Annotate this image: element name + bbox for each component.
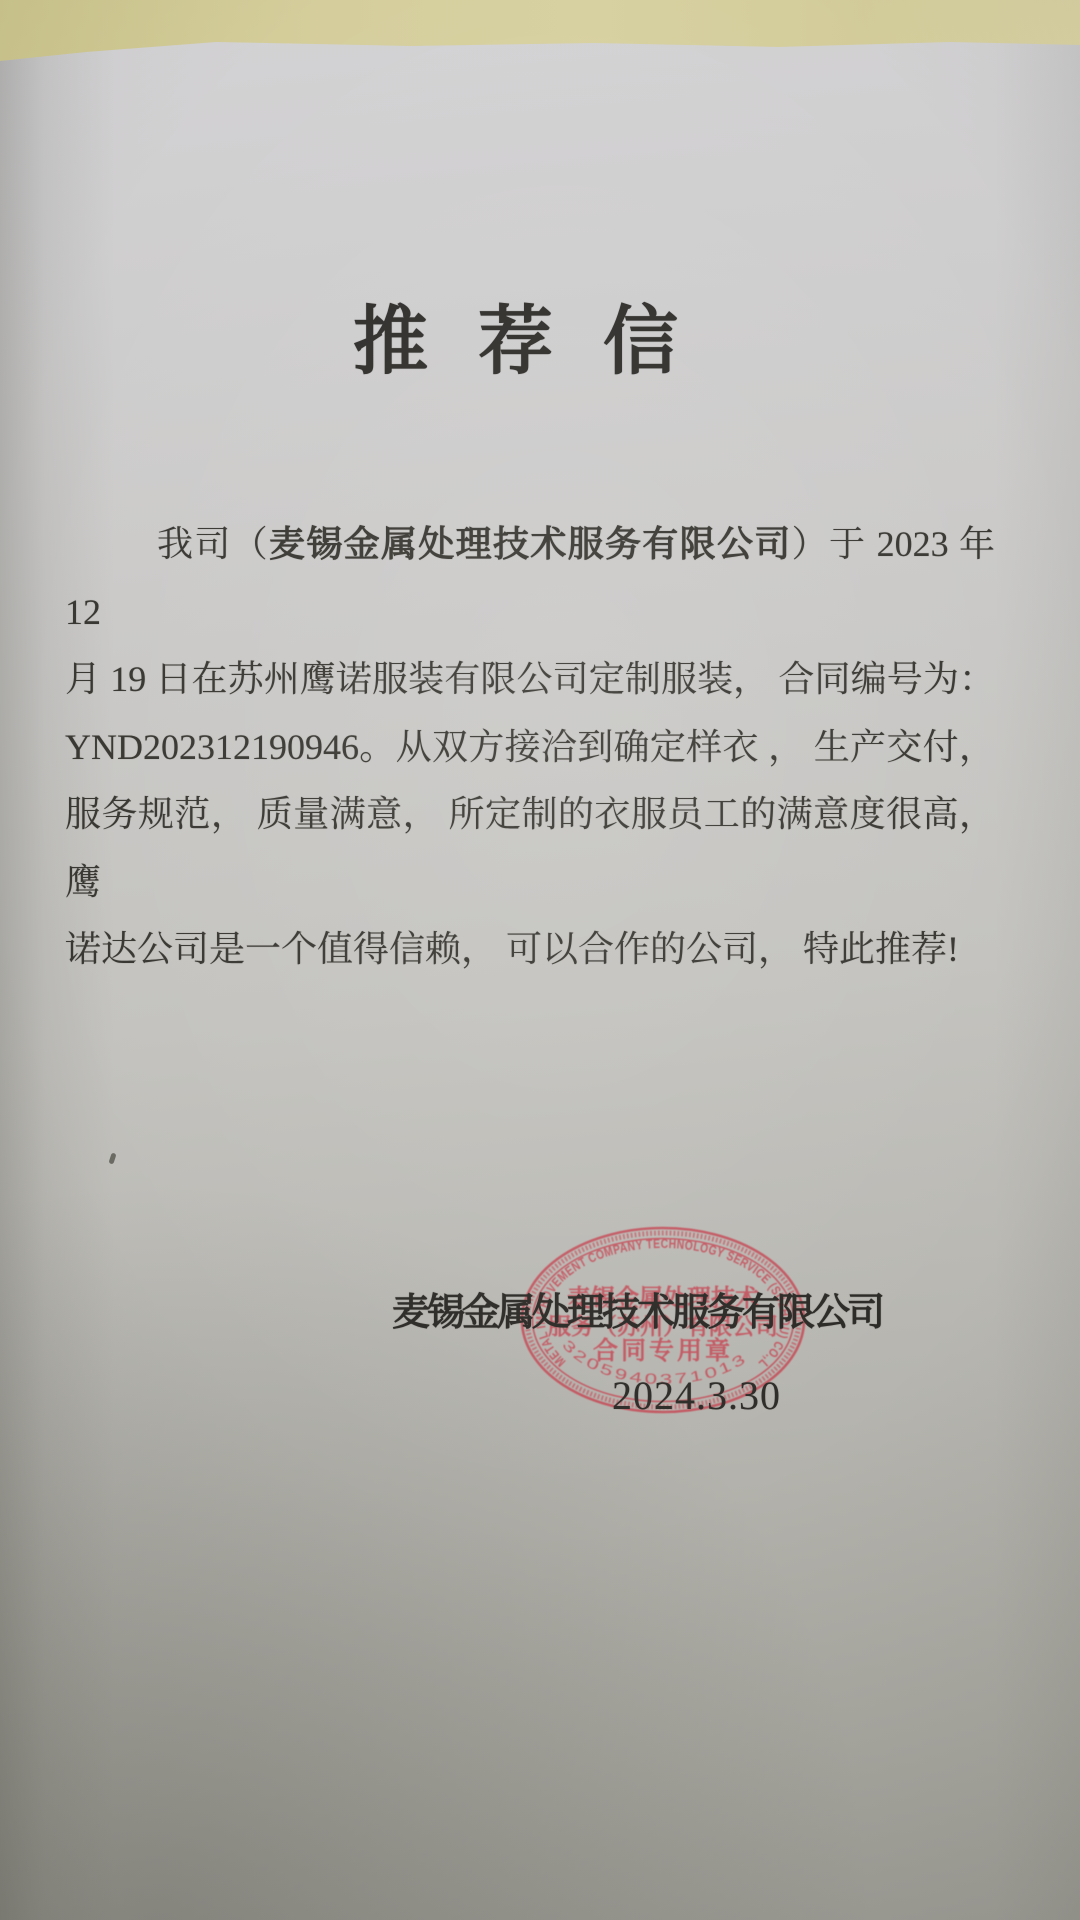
photo-of-letter: 推荐信 我司（麦锡金属处理技术服务有限公司）于 2023 年 12 月 19 日…: [0, 0, 1080, 1920]
body-line1-company-name: 麦锡金属处理技术服务有限公司: [269, 524, 792, 564]
body-line1-prefix: 我司（: [157, 524, 269, 564]
signature-company-name: 麦锡金属处理技术服务有限公司: [392, 1281, 882, 1336]
body-line: 我司（麦锡金属处理技术服务有限公司）于 2023 年 12: [65, 511, 995, 646]
letter-title: 推荐信: [353, 282, 728, 389]
body-line: 诺达公司是一个值得信赖， 可以合作的公司， 特此推荐!: [65, 916, 995, 984]
signature-date: 2024.3.30: [612, 1372, 781, 1419]
letter-body: 我司（麦锡金属处理技术服务有限公司）于 2023 年 12 月 19 日在苏州鹰…: [65, 511, 995, 984]
body-line: 服务规范， 质量满意， 所定制的衣服员工的满意度很高， 鹰: [65, 781, 995, 916]
body-line: YND202312190946。从双方接洽到确定样衣 ， 生产交付，: [65, 714, 995, 782]
body-line: 月 19 日在苏州鹰诺服装有限公司定制服装， 合同编号为：: [65, 646, 995, 714]
stamp-usage-line: 合同专用章: [593, 1336, 733, 1365]
